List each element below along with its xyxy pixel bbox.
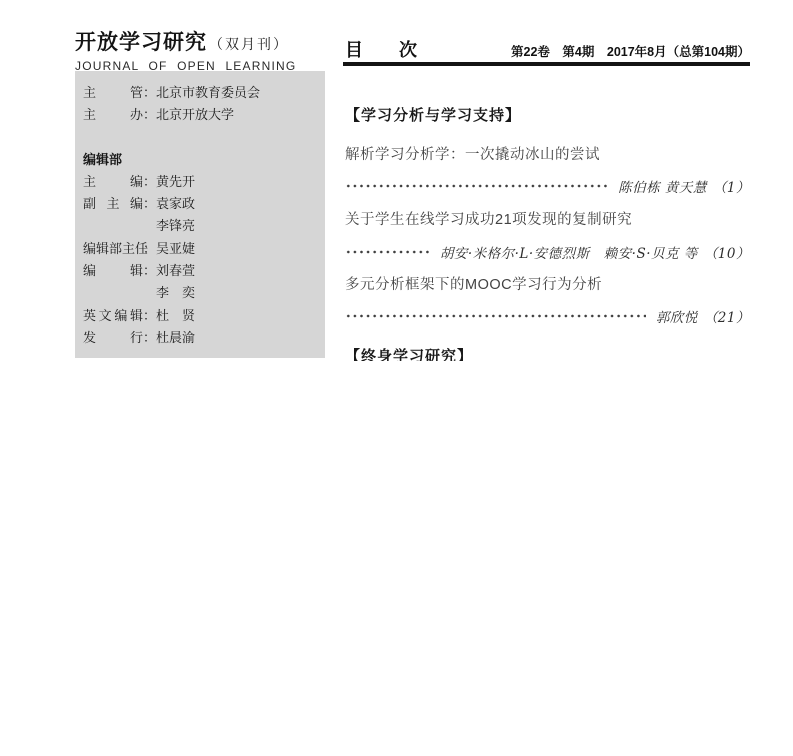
article-title-3: 多元分析框架下的MOOC学习行为分析 (345, 276, 750, 294)
host-row: 主办：北京开放大学 (83, 104, 319, 126)
article-page-1: （1） (713, 176, 750, 196)
journal-toc-page: 开放学习研究（双月刊） JOURNAL OF OPEN LEARNING 主管：… (0, 0, 793, 756)
office-director-label: 编辑部主任 (83, 238, 143, 260)
colon: ： (143, 260, 156, 282)
article-author-line-1: 陈伯栋 黄天慧 （1） (345, 177, 750, 195)
editor-row-2: 李 奕 (83, 282, 319, 304)
supervisor-label: 主管 (83, 82, 143, 104)
dot-leader (345, 243, 430, 261)
masthead: 开放学习研究（双月刊） JOURNAL OF OPEN LEARNING (75, 26, 335, 73)
dot-leader (345, 177, 608, 195)
chief-editor-label: 主编 (83, 171, 143, 193)
distribution-row: 发行：杜晨渝 (83, 327, 319, 349)
distribution-label: 发行 (83, 327, 143, 349)
deputy-editor-row: 副主编：袁家政 (83, 193, 319, 215)
distribution-value: 杜晨渝 (156, 330, 195, 345)
article-page-2: （10） (704, 242, 750, 262)
host-value: 北京开放大学 (156, 107, 234, 122)
colon: ： (143, 305, 156, 327)
dot-leader (345, 307, 646, 325)
article-authors-3: 郭欣悦 (656, 306, 698, 326)
colon: ： (143, 238, 156, 260)
editor-label: 编辑 (83, 260, 143, 282)
article-author-line-2: 胡安·米格尔·L·安德烈斯 赖安·S·贝克 等 （10） (345, 243, 750, 261)
article-title-1: 解析学习分析学：一次撬动冰山的尝试 (345, 146, 750, 164)
deputy-editor-row-2: 李锋亮 (83, 215, 319, 237)
article-title-2: 关于学生在线学习成功21项发现的复制研究 (345, 211, 750, 229)
supervisor-value: 北京市教育委员会 (156, 85, 260, 100)
host-label: 主办 (83, 104, 143, 126)
journal-title-line: 开放学习研究（双月刊） (75, 26, 335, 56)
toc-header: 目 次 第22卷 第4期 2017年8月（总第104期） (345, 36, 750, 62)
colon: ： (143, 171, 156, 193)
article-author-line-3: 郭欣悦 （21） (345, 307, 750, 325)
deputy-editor-label: 副主编 (83, 193, 143, 215)
colon: ： (143, 193, 156, 215)
publisher-panel: 主管：北京市教育委员会 主办：北京开放大学 编辑部 主编：黄先开 副主编：袁家政… (75, 71, 325, 358)
english-editor-value: 杜 贤 (156, 308, 195, 323)
journal-title-cn: 开放学习研究 (75, 31, 207, 54)
english-editor-label: 英文编辑 (83, 305, 143, 327)
supervisor-row: 主管：北京市教育委员会 (83, 82, 319, 104)
chief-editor-value: 黄先开 (156, 174, 195, 189)
colon: ： (143, 82, 156, 104)
editorial-dept-heading: 编辑部 (83, 149, 319, 171)
chief-editor-row: 主编：黄先开 (83, 171, 319, 193)
article-authors-2: 胡安·米格尔·L·安德烈斯 赖安·S·贝克 等 (440, 242, 698, 262)
editor-row: 编辑：刘春萱 (83, 260, 319, 282)
journal-title-suffix: （双月刊） (209, 36, 289, 52)
deputy-editor-value: 袁家政 (156, 196, 195, 211)
office-director-value: 吴亚婕 (156, 241, 195, 256)
header-rule (343, 62, 750, 66)
toc-title: 目 次 (345, 36, 417, 62)
toc-column: 目 次 第22卷 第4期 2017年8月（总第104期） 【学习分析与学习支持】… (343, 0, 750, 756)
office-director-row: 编辑部主任：吴亚婕 (83, 238, 319, 260)
section-label-learning-analytics: 【学习分析与学习支持】 (345, 106, 750, 125)
colon: ： (143, 327, 156, 349)
toc-issue-info: 第22卷 第4期 2017年8月（总第104期） (511, 42, 750, 62)
article-page-3: （21） (704, 306, 750, 326)
colon: ： (143, 104, 156, 126)
article-authors-1: 陈伯栋 黄天慧 (618, 176, 707, 196)
english-editor-row: 英文编辑：杜 贤 (83, 305, 319, 327)
section-label-lifelong-learning: 【终身学习研究】 (345, 347, 750, 361)
editor-value: 刘春萱 (156, 263, 195, 278)
editor-value-2: 李 奕 (156, 285, 195, 300)
deputy-editor-value-2: 李锋亮 (156, 218, 195, 233)
